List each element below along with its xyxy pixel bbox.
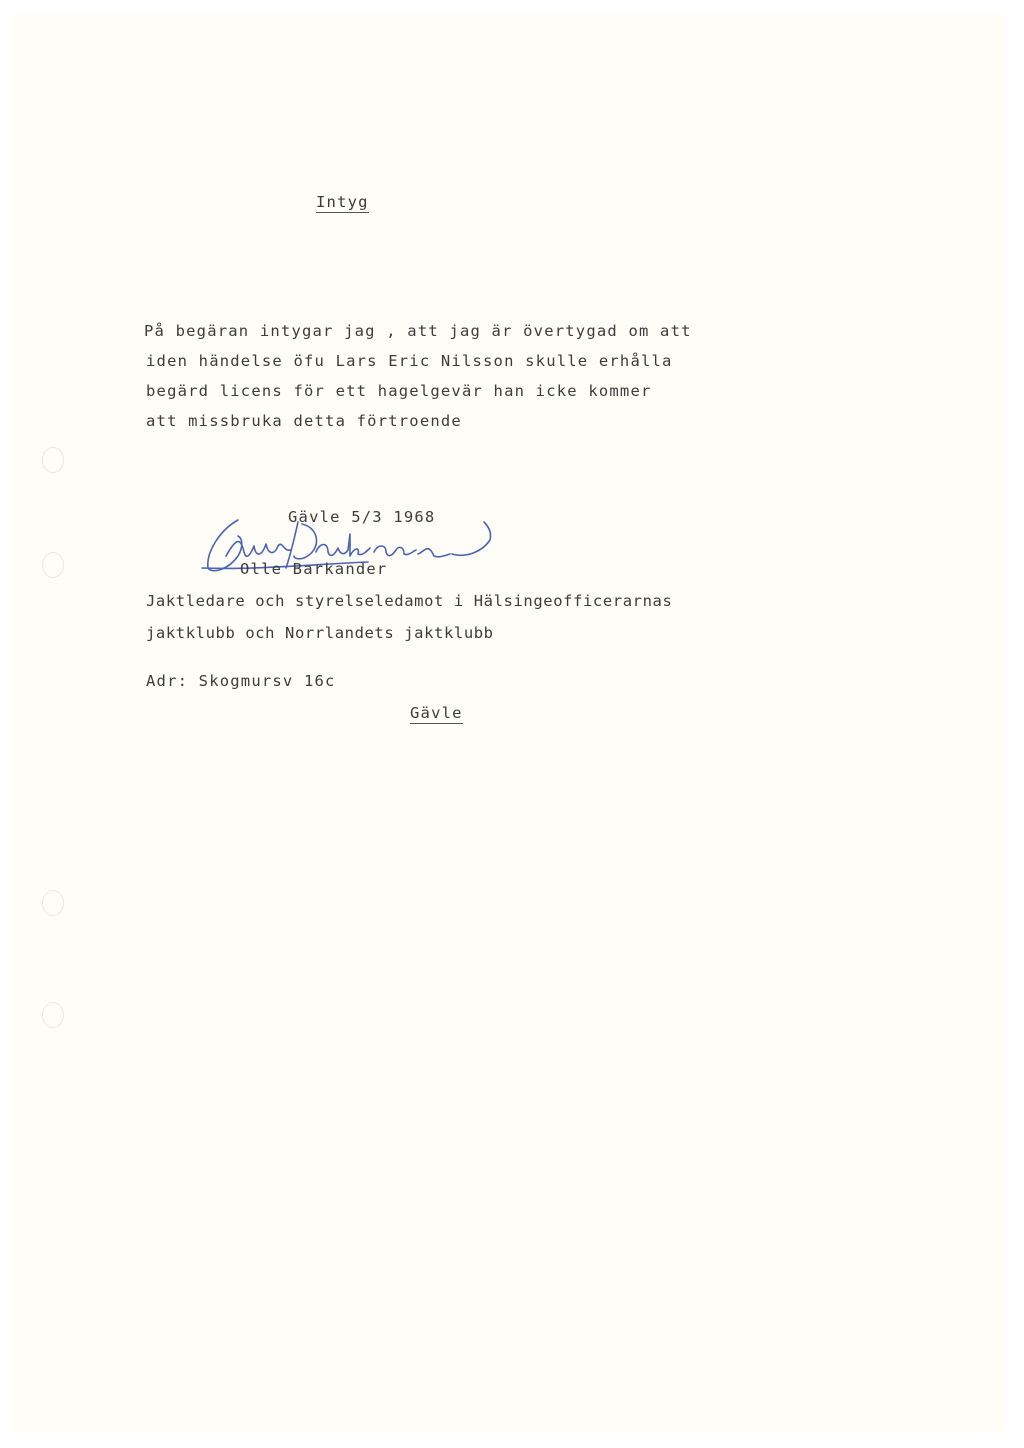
document-title: Intyg [316, 193, 369, 213]
city: Gävle [410, 704, 463, 724]
signer-role-line: jaktklubb och Norrlandets jaktklubb [146, 624, 494, 642]
body-line: att missbruka detta förtroende [146, 412, 462, 430]
punch-hole [42, 447, 64, 473]
punch-hole [42, 552, 64, 578]
body-line: begärd licens för ett hagelgevär han ick… [146, 382, 652, 400]
signer-role-line: Jaktledare och styrelseledamot i Hälsing… [146, 592, 672, 610]
signer-name: Olle Barkander [240, 560, 387, 578]
paper-page [12, 12, 1004, 1432]
body-line: På begäran intygar jag , att jag är över… [144, 322, 692, 340]
address: Adr: Skogmursv 16c [146, 672, 336, 690]
body-line: iden händelse öfu Lars Eric Nilsson skul… [146, 352, 673, 370]
punch-hole [42, 890, 64, 916]
punch-hole [42, 1002, 64, 1028]
